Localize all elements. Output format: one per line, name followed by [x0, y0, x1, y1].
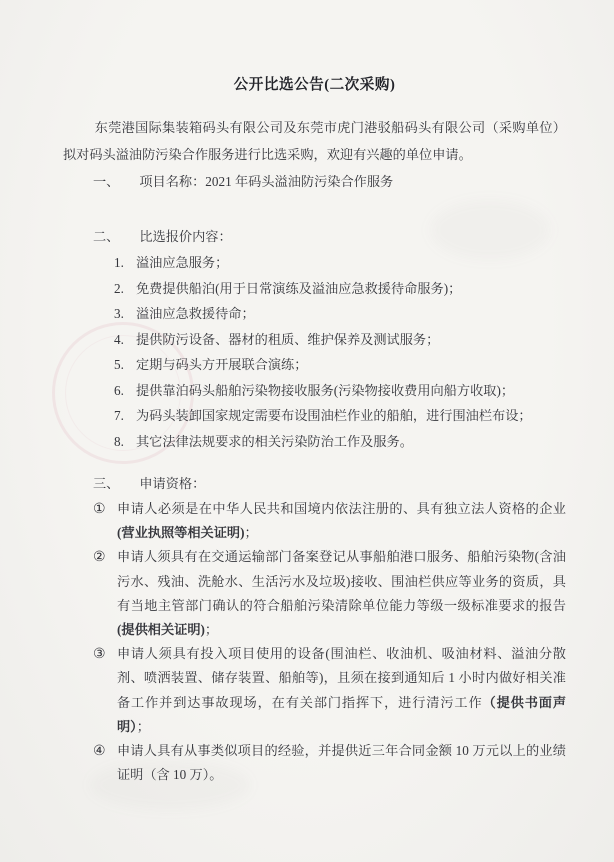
text-segment: ；: [244, 525, 257, 540]
item-text: 其它法律法规要求的相关污染防治工作及服务。: [136, 434, 413, 449]
section-quotation-content: 二、比选报价内容：1.溢油应急服务；2.免费提供船泊(用于日常演练及溢油应急救援…: [63, 223, 566, 454]
item-marker: 2.: [114, 276, 124, 302]
text-segment: 申请人必须是在中华人民共和国境内依法注册的、具有独立法人资格的企业: [117, 501, 566, 516]
text-segment: 溢油应急服务；: [136, 255, 228, 270]
list-item: ②申请人须具有在交通运输部门备案登记从事船舶港口服务、船舶污染物(含油污水、残油…: [93, 545, 566, 642]
item-marker: 1.: [114, 250, 124, 276]
text-segment: 溢油应急救援待命；: [136, 306, 255, 321]
text-segment: 提供靠泊码头船舶污染物接收服务(污染物接收费用向船方收取)；: [136, 383, 514, 398]
item-marker: ①: [93, 497, 105, 521]
item-text: 免费提供船泊(用于日常演练及溢油应急救援待命服务)；: [136, 281, 461, 296]
item-text: 申请人必须是在中华人民共和国境内依法注册的、具有独立法人资格的企业(营业执照等相…: [117, 501, 566, 540]
item-text: 为码头装卸国家规定需要布设围油栏作业的船舶，进行围油栏布设；: [136, 408, 532, 423]
bold-text-segment: (提供相关证明): [117, 622, 205, 637]
item-marker: 4.: [114, 327, 124, 353]
item-marker: ②: [93, 545, 105, 569]
list-item: 7.为码头装卸国家规定需要布设围油栏作业的船舶，进行围油栏布设；: [114, 403, 566, 429]
text-segment: 申请人具有从事类似项目的经验，并提供近三年合同金额 10 万元以上的业绩证明（含…: [117, 743, 566, 782]
section-items: ①申请人必须是在中华人民共和国境内依法注册的、具有独立法人资格的企业(营业执照等…: [63, 497, 566, 787]
item-text: 定期与码头方开展联合演练；: [136, 357, 307, 372]
text-segment: 其它法律法规要求的相关污染防治工作及服务。: [136, 434, 413, 449]
item-marker: 5.: [114, 352, 124, 378]
list-item: 6.提供靠泊码头船舶污染物接收服务(污染物接收费用向船方收取)；: [114, 378, 566, 404]
item-marker: ③: [93, 642, 105, 666]
section-heading-row: 二、比选报价内容：: [63, 223, 566, 250]
section-items: 1.溢油应急服务；2.免费提供船泊(用于日常演练及溢油应急救援待命服务)；3.溢…: [63, 250, 566, 454]
bold-text-segment: (营业执照等相关证明): [117, 525, 244, 540]
document-page: 公开比选公告(二次采购) 东莞港国际集装箱码头有限公司及东莞市虎门港驳船码头有限…: [0, 0, 614, 862]
item-text: 申请人须具有投入项目使用的设备(围油栏、收油机、吸油材料、溢油分散剂、喷洒装置、…: [117, 646, 566, 734]
text-segment: ；: [137, 719, 150, 734]
item-text: 溢油应急服务；: [136, 255, 228, 270]
item-text: 提供靠泊码头船舶污染物接收服务(污染物接收费用向船方收取)；: [136, 383, 514, 398]
item-text: 申请人具有从事类似项目的经验，并提供近三年合同金额 10 万元以上的业绩证明（含…: [117, 743, 566, 782]
list-item: 3.溢油应急救援待命；: [114, 301, 566, 327]
section-project-name: 一、项目名称：2021 年码头溢油防污染合作服务: [63, 168, 566, 195]
list-item: 5.定期与码头方开展联合演练；: [114, 352, 566, 378]
item-marker: 7.: [114, 403, 124, 429]
section-marker: 三、: [93, 470, 119, 497]
list-item: ③申请人须具有投入项目使用的设备(围油栏、收油机、吸油材料、溢油分散剂、喷洒装置…: [93, 642, 566, 739]
list-item: ①申请人必须是在中华人民共和国境内依法注册的、具有独立法人资格的企业(营业执照等…: [93, 497, 566, 545]
text-segment: 免费提供船泊(用于日常演练及溢油应急救援待命服务)；: [136, 281, 461, 296]
section-marker: 一、: [93, 168, 119, 195]
section-marker: 二、: [93, 223, 119, 250]
list-item: ④申请人具有从事类似项目的经验，并提供近三年合同金额 10 万元以上的业绩证明（…: [93, 739, 566, 787]
item-marker: 8.: [114, 429, 124, 455]
text-segment: 定期与码头方开展联合演练；: [136, 357, 307, 372]
item-text: 溢油应急救援待命；: [136, 306, 255, 321]
section-heading-row: 一、项目名称：2021 年码头溢油防污染合作服务: [63, 168, 566, 195]
text-segment: 申请人须具有在交通运输部门备案登记从事船舶港口服务、船舶污染物(含油污水、残油、…: [117, 549, 566, 612]
text-segment: 提供防污设备、器材的租质、维护保养及测试服务；: [136, 332, 439, 347]
list-item: 4.提供防污设备、器材的租质、维护保养及测试服务；: [114, 327, 566, 353]
intro-paragraph: 东莞港国际集装箱码头有限公司及东莞市虎门港驳船码头有限公司（采购单位）拟对码头溢…: [63, 114, 566, 168]
list-item: 8.其它法律法规要求的相关污染防治工作及服务。: [114, 429, 566, 455]
text-segment: 为码头装卸国家规定需要布设围油栏作业的船舶，进行围油栏布设；: [136, 408, 532, 423]
list-item: 1.溢油应急服务；: [114, 250, 566, 276]
section-heading: 申请资格：: [139, 470, 205, 497]
item-text: 申请人须具有在交通运输部门备案登记从事船舶港口服务、船舶污染物(含油污水、残油、…: [117, 549, 566, 637]
section-heading-row: 三、申请资格：: [63, 470, 566, 497]
item-marker: 6.: [114, 378, 124, 404]
page-title: 公开比选公告(二次采购): [63, 0, 566, 94]
section-heading: 项目名称：2021 年码头溢油防污染合作服务: [139, 168, 393, 195]
item-marker: ④: [93, 739, 105, 763]
list-item: 2.免费提供船泊(用于日常演练及溢油应急救援待命服务)；: [114, 276, 566, 302]
section-heading: 比选报价内容：: [139, 223, 231, 250]
document-content: 公开比选公告(二次采购) 东莞港国际集装箱码头有限公司及东莞市虎门港驳船码头有限…: [0, 0, 614, 787]
sections-container: 一、项目名称：2021 年码头溢油防污染合作服务二、比选报价内容：1.溢油应急服…: [63, 168, 566, 787]
item-marker: 3.: [114, 301, 124, 327]
section-applicant-qualification: 三、申请资格：①申请人必须是在中华人民共和国境内依法注册的、具有独立法人资格的企…: [63, 470, 566, 787]
text-segment: ；: [205, 622, 218, 637]
item-text: 提供防污设备、器材的租质、维护保养及测试服务；: [136, 332, 439, 347]
